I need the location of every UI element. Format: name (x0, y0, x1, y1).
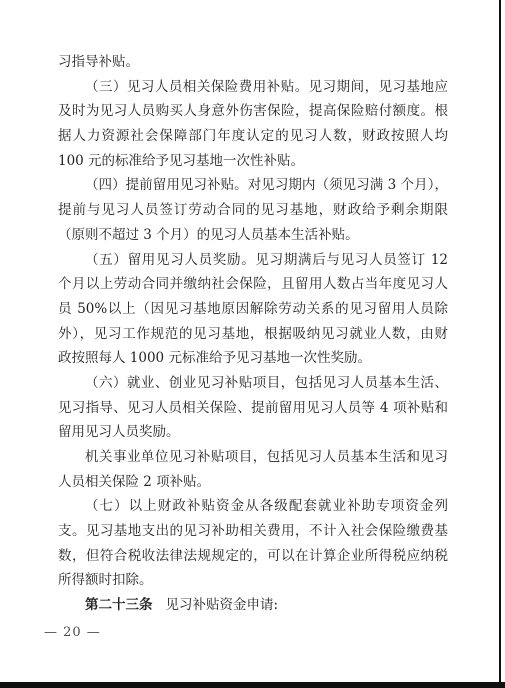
text-line: （五）留用见习人员奖励。见习期满后与见习人员签订 12 (58, 248, 448, 273)
scan-edge-right (499, 0, 501, 688)
document-text-block: 习指导补贴。（三）见习人员相关保险费用补贴。见习期间，见习基地应及时为见习人员购… (58, 50, 448, 618)
text-line: 留用见习人员奖励。 (58, 420, 448, 445)
document-page: 习指导补贴。（三）见习人员相关保险费用补贴。见习期间，见习基地应及时为见习人员购… (0, 0, 505, 688)
text-line: 所得额时扣除。 (58, 568, 448, 593)
text-line: 外），见习工作规范的见习基地，根据吸纳见习就业人数，由财 (58, 322, 448, 347)
text-line: 及时为见习人员购买人身意外伤害保险，提高保险赔付额度。根 (58, 99, 448, 124)
text-line: 习指导补贴。 (58, 50, 448, 75)
text-line: （六）就业、创业见习补贴项目，包括见习人员基本生活、 (58, 371, 448, 396)
article-heading: 第二十三条 (85, 597, 153, 613)
text-line: 见习指导、见习人员相关保险、提前留用见习人员等 4 项补贴和 (58, 396, 448, 421)
text-line: 个月以上劳动合同并缴纳社会保险，且留用人数占当年度见习人 (58, 272, 448, 297)
text-line: 据人力资源社会保障部门年度认定的见习人数，财政按照人均 (58, 124, 448, 149)
scan-edge-bottom (0, 682, 505, 688)
text-line: （七）以上财政补贴资金从各级配套就业补助专项资金列 (58, 494, 448, 519)
text-line: （原则不超过 3 个月）的见习人员基本生活补贴。 (58, 223, 448, 248)
text-line: 第二十三条见习补贴资金申请: (58, 593, 448, 618)
text-line: 支。见习基地支出的见习补助相关费用，不计入社会保险缴费基 (58, 519, 448, 544)
text-line: 员 50%以上（因见习基地原因解除劳动关系的见习留用人员除 (58, 297, 448, 322)
text-line: 100 元的标准给予见习基地一次性补贴。 (58, 149, 448, 174)
text-line: 政按照每人 1000 元标准给予见习基地一次性奖励。 (58, 346, 448, 371)
text-line: 人员相关保险 2 项补贴。 (58, 470, 448, 495)
text-line: 机关事业单位见习补贴项目，包括见习人员基本生活和见习 (58, 445, 448, 470)
text-line: （四）提前留用见习补贴。对见习期内（须见习满 3 个月）， (58, 173, 448, 198)
text-line: 提前与见习人员签订劳动合同的见习基地，财政给予剩余期限 (58, 198, 448, 223)
text-line: （三）见习人员相关保险费用补贴。见习期间，见习基地应 (58, 75, 448, 100)
text-line: 数，但符合税收法律法规规定的，可以在计算企业所得税应纳税 (58, 544, 448, 569)
page-number: — 20 — (44, 624, 101, 642)
